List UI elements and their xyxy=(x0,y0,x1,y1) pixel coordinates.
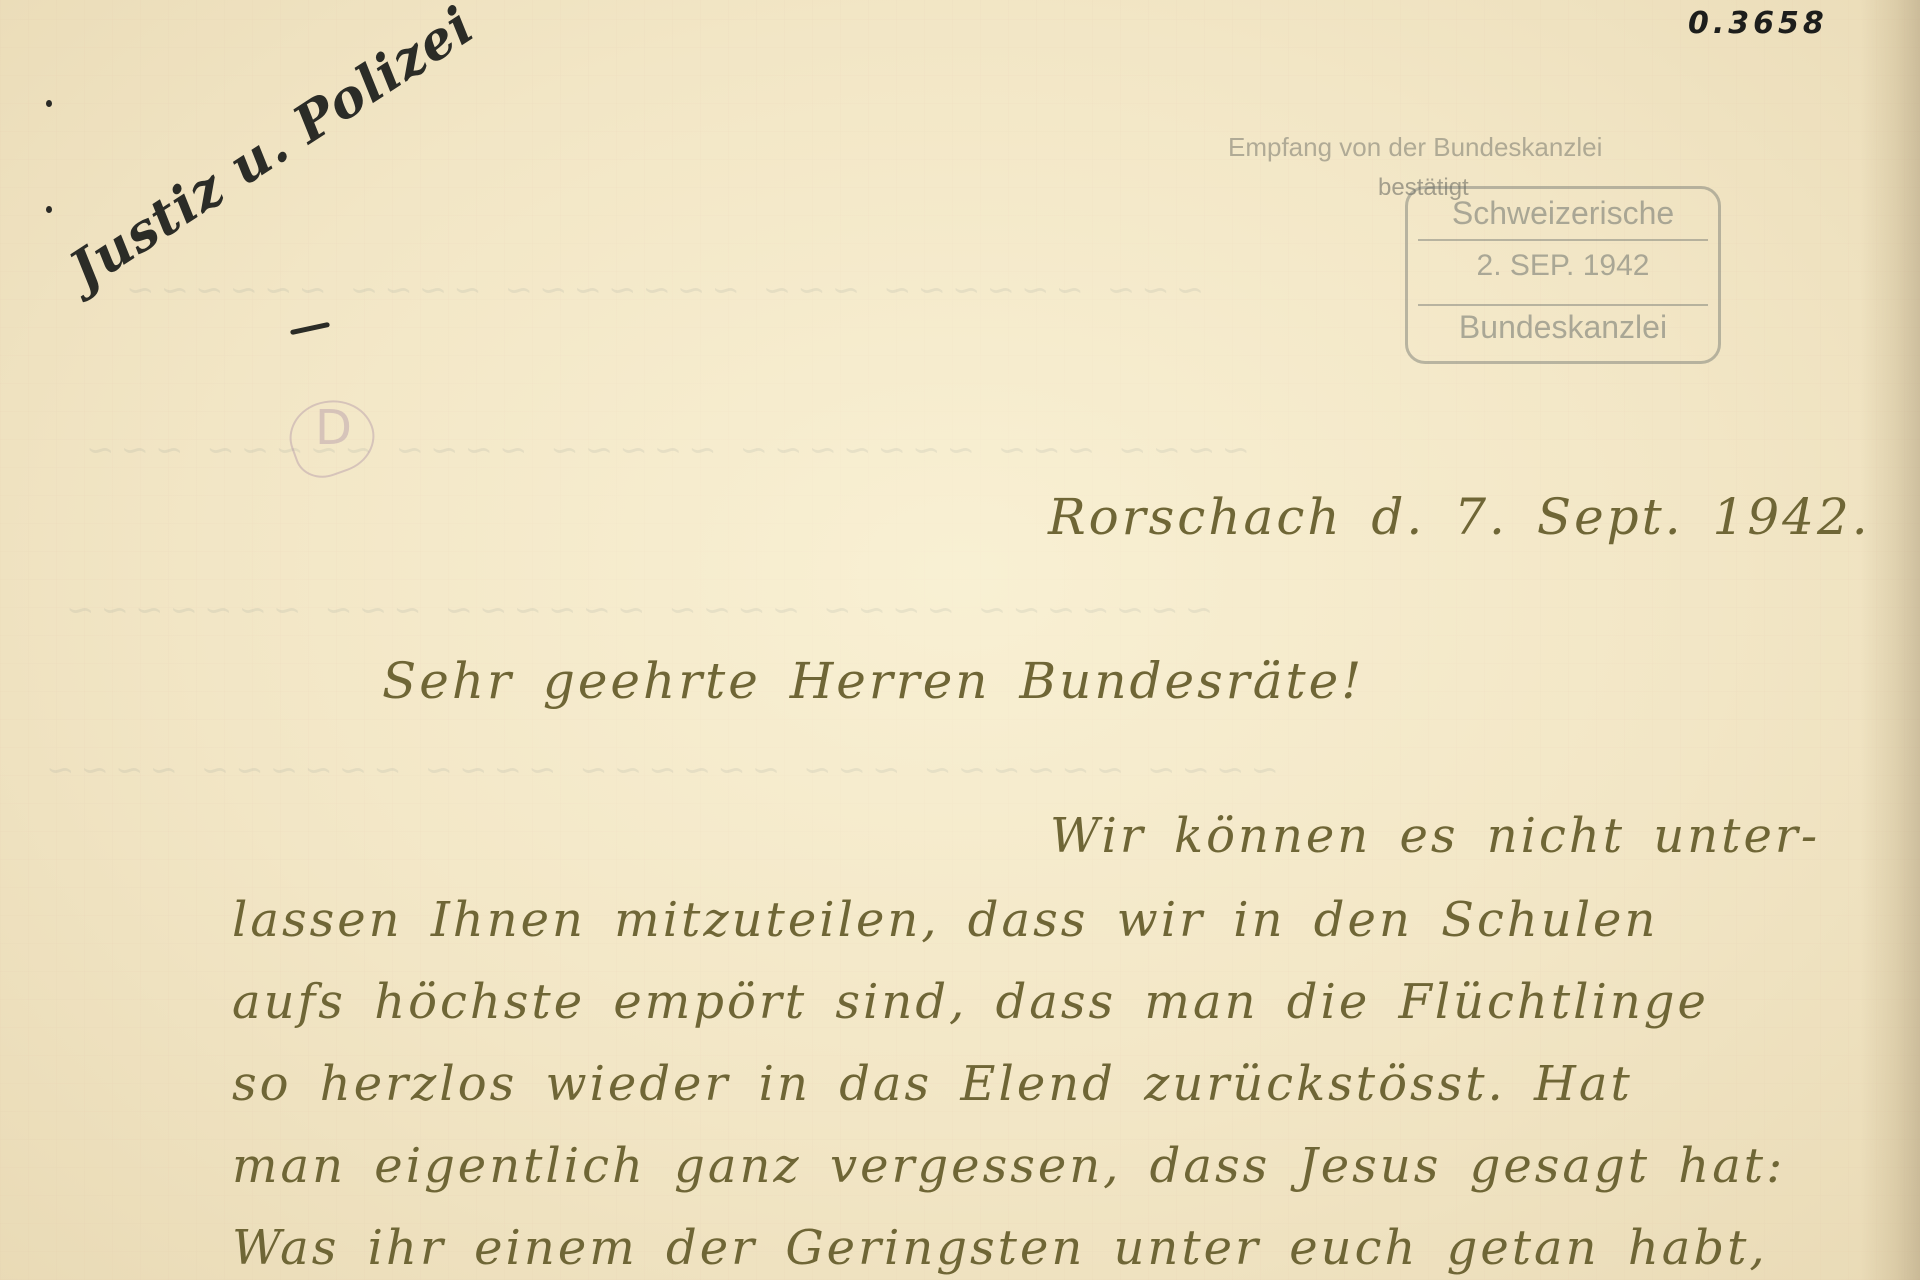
letter-body-line: so herzlos wieder in das Elend zurückstö… xyxy=(232,1056,1633,1112)
letter-body-line: aufs höchste empört sind, dass man die F… xyxy=(232,974,1709,1030)
stamp-date: 2. SEP. 1942 xyxy=(1408,249,1718,283)
letter-date-line: Rorschach d. 7. Sept. 1942. xyxy=(1048,488,1871,546)
letter-body-line: lassen Ihnen mitzuteilen, dass wir in de… xyxy=(232,892,1658,948)
scanned-letter-page: ~~~ ~~~~~~ ~~~ ~~~~~~~ ~~~~ ~~~~~~ ~~~~ … xyxy=(0,0,1920,1280)
pencil-mark-letter: D xyxy=(315,400,352,456)
letter-salutation: Sehr geehrte Herren Bundesräte! xyxy=(382,652,1364,710)
bleed-through-text: ~~~~ ~~~~~~ ~~~ ~~~~~~ ~~~~ ~~~~~~ ~~~~ xyxy=(40,750,1279,790)
punch-hole-marks xyxy=(42,100,56,240)
bleed-through-text: ~~~~ ~~~ ~~~~~~~ ~~~~~ ~~~~ ~~~~~ ~~~ xyxy=(80,430,1250,470)
bleed-through-text: ~~~~~~~ ~~~~ ~~~~ ~~~~~~ ~~~ ~~~~~~~ xyxy=(60,590,1213,630)
letter-body-line: man eigentlich ganz vergessen, dass Jesu… xyxy=(232,1138,1785,1194)
stamp-top-text: Schweizerische xyxy=(1408,195,1718,232)
stamp-bottom-text: Bundeskanzlei xyxy=(1408,309,1718,346)
letter-body-line: Was ihr einem der Geringsten unter euch … xyxy=(232,1220,1768,1276)
stamp-divider xyxy=(1418,239,1708,241)
receipt-stamp-header: Empfang von der Bundeskanzlei xyxy=(1228,132,1602,163)
paper-edge-shadow xyxy=(1860,0,1920,1280)
margin-annotation: Justiz u. Polizei xyxy=(59,0,485,301)
annotation-underline xyxy=(290,322,330,335)
receipt-stamp-box: Schweizerische 2. SEP. 1942 Bundeskanzle… xyxy=(1405,186,1721,364)
bleed-through-text: ~~~ ~~~~~~ ~~~ ~~~~~~~ ~~~~ ~~~~~~ xyxy=(120,270,1204,310)
file-number: 0.3658 xyxy=(1688,6,1828,41)
stamp-divider xyxy=(1418,304,1708,306)
letter-body-line: Wir können es nicht unter- xyxy=(1050,808,1820,864)
